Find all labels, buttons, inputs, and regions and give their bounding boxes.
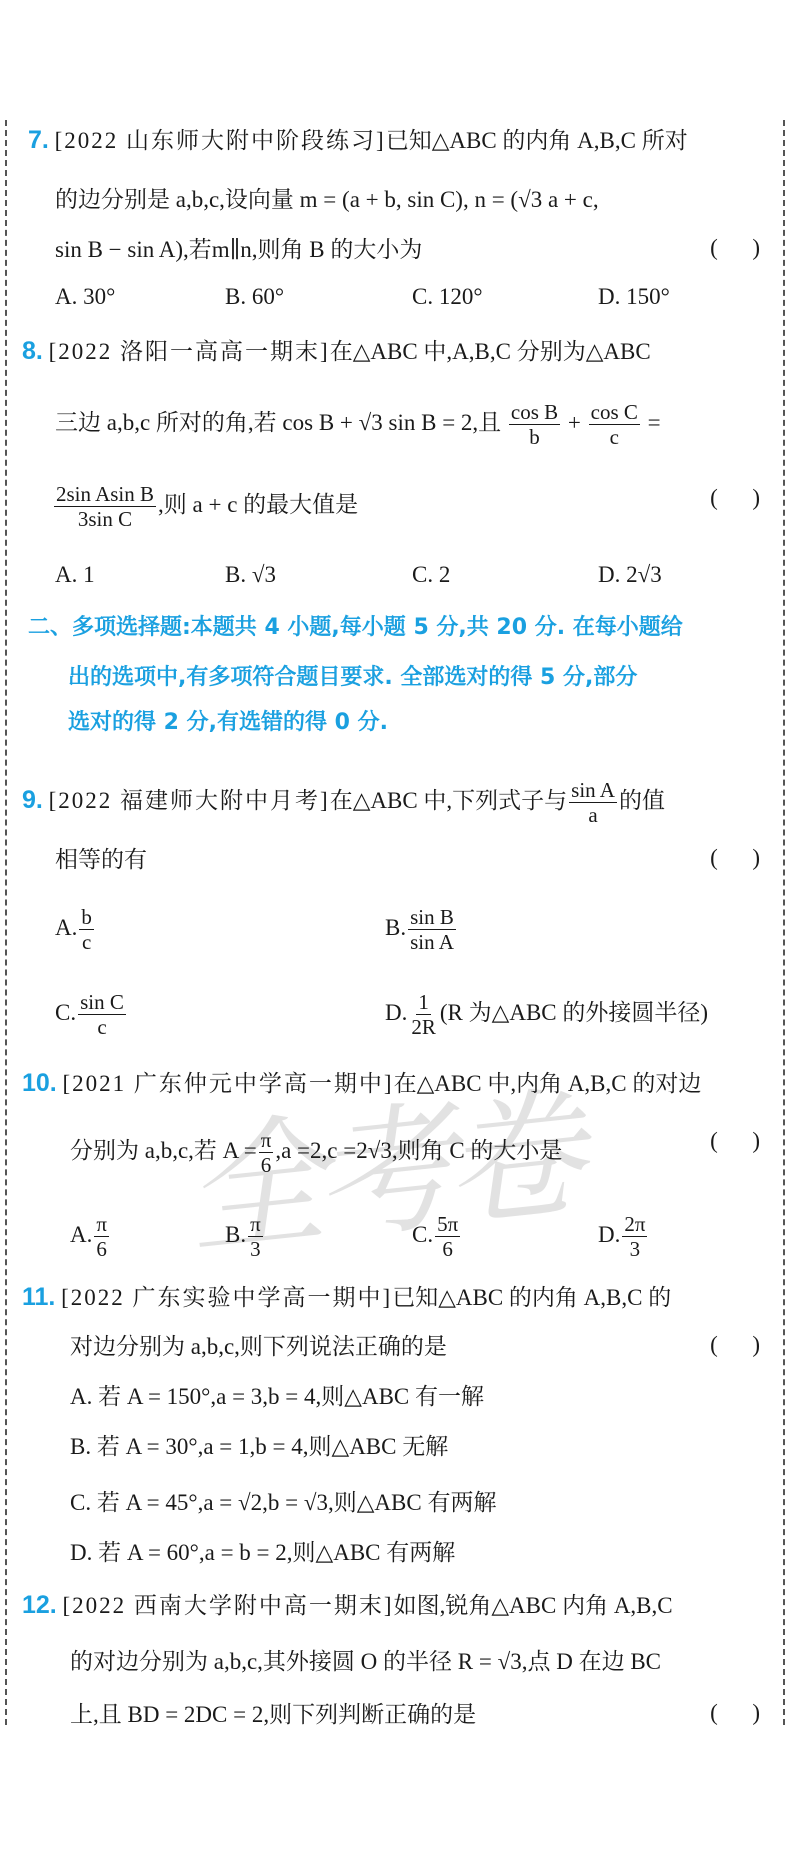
question-text: 三边 a,b,c 所对的角,若 cos B + √3 sin B = 2,且 [55, 410, 501, 435]
option-c[interactable]: C. 2 [412, 560, 450, 590]
option-c[interactable]: C.5π6 [412, 1212, 462, 1261]
fraction: cos Cc [589, 400, 640, 449]
option-d[interactable]: D. 若 A = 60°,a = b = 2,则△ABC 有两解 [70, 1538, 455, 1568]
option-a[interactable]: A. 1 [55, 560, 95, 590]
question-text: ,a =2,c =2√3,则角 C 的大小是 [275, 1138, 562, 1163]
question-source: [2022 广东实验中学高一期中] [61, 1285, 392, 1310]
fraction: π6 [259, 1128, 274, 1177]
answer-blank[interactable]: ( ) [710, 1128, 760, 1154]
answer-blank[interactable]: ( ) [710, 845, 760, 871]
fraction: 2sin Asin B3sin C [54, 482, 156, 531]
option-b[interactable]: B.π3 [225, 1212, 265, 1261]
answer-blank[interactable]: ( ) [710, 485, 760, 511]
option-a[interactable]: A.bc [55, 905, 96, 954]
question-text: sin B − sin A),若m∥n,则角 B 的大小为 [55, 235, 422, 265]
question-text: 对边分别为 a,b,c,则下列说法正确的是 [70, 1332, 447, 1362]
question-source: [2021 广东仲元中学高一期中] [63, 1071, 394, 1096]
question-number: 8. [22, 337, 43, 365]
option-a[interactable]: A. 30° [55, 282, 115, 312]
question-number: 11. [22, 1283, 55, 1311]
question-text: 已知△ABC 的内角 A,B,C 的 [392, 1285, 671, 1310]
question-text: 在△ABC 中,A,B,C 分别为△ABC [330, 339, 651, 364]
question-text: 的边分别是 a,b,c,设向量 m = (a + b, sin C), n = … [55, 185, 599, 215]
option-b[interactable]: B. 60° [225, 282, 284, 312]
option-c[interactable]: C. 120° [412, 282, 483, 312]
left-dashed-border [5, 120, 7, 1725]
question-text: ,则 a + c 的最大值是 [158, 492, 358, 517]
option-d[interactable]: D.12R(R 为△ABC 的外接圆半径) [385, 990, 708, 1039]
question-source: [2022 洛阳一高高一期末] [49, 339, 330, 364]
question-text: 上,且 BD = 2DC = 2,则下列判断正确的是 [70, 1700, 476, 1730]
question-text: 在△ABC 中,内角 A,B,C 的对边 [394, 1071, 702, 1096]
question-source: [2022 福建师大附中月考] [49, 788, 330, 813]
question-number: 10. [22, 1069, 57, 1097]
question-text: 已知△ABC 的内角 A,B,C 所对 [386, 128, 688, 153]
answer-blank[interactable]: ( ) [710, 1700, 760, 1726]
section-header-cont: 选对的得 2 分,有选错的得 0 分. [68, 708, 388, 738]
section-header-cont: 出的选项中,有多项符合题目要求. 全部选对的得 5 分,部分 [68, 663, 637, 693]
option-b[interactable]: B.sin Bsin A [385, 905, 458, 954]
option-c[interactable]: C.sin Cc [55, 990, 128, 1039]
question-text: 的对边分别为 a,b,c,其外接圆 O 的半径 R = √3,点 D 在边 BC [70, 1647, 661, 1677]
answer-blank[interactable]: ( ) [710, 235, 760, 261]
question-text: 如图,锐角△ABC 内角 A,B,C [394, 1593, 673, 1618]
right-dashed-border [783, 120, 785, 1725]
question-source: [2022 西南大学附中高一期末] [63, 1593, 394, 1618]
option-b[interactable]: B. 若 A = 30°,a = 1,b = 4,则△ABC 无解 [70, 1432, 448, 1462]
question-source: [2022 山东师大附中阶段练习] [55, 128, 386, 153]
question-text: 的值 [619, 788, 665, 813]
question-number: 7. [28, 126, 49, 154]
question-text: 分别为 a,b,c,若 A = [70, 1138, 257, 1163]
option-a[interactable]: A.π6 [70, 1212, 111, 1261]
option-a[interactable]: A. 若 A = 150°,a = 3,b = 4,则△ABC 有一解 [70, 1382, 484, 1412]
section-header: 二、多项选择题:本题共 4 小题,每小题 5 分,共 20 分. 在每小题给 [28, 613, 683, 643]
option-c[interactable]: C. 若 A = 45°,a = √2,b = √3,则△ABC 有两解 [70, 1488, 496, 1518]
question-text: 在△ABC 中,下列式子与 [330, 788, 567, 813]
option-d[interactable]: D. 2√3 [598, 560, 662, 590]
question-text: 相等的有 [55, 845, 147, 875]
fraction: cos Bb [509, 400, 560, 449]
answer-blank[interactable]: ( ) [710, 1332, 760, 1358]
option-d[interactable]: D. 150° [598, 282, 670, 312]
question-number: 9. [22, 786, 43, 814]
option-d[interactable]: D.2π3 [598, 1212, 649, 1261]
option-b[interactable]: B. √3 [225, 560, 276, 590]
question-number: 12. [22, 1591, 57, 1619]
fraction: sin Aa [569, 778, 617, 827]
